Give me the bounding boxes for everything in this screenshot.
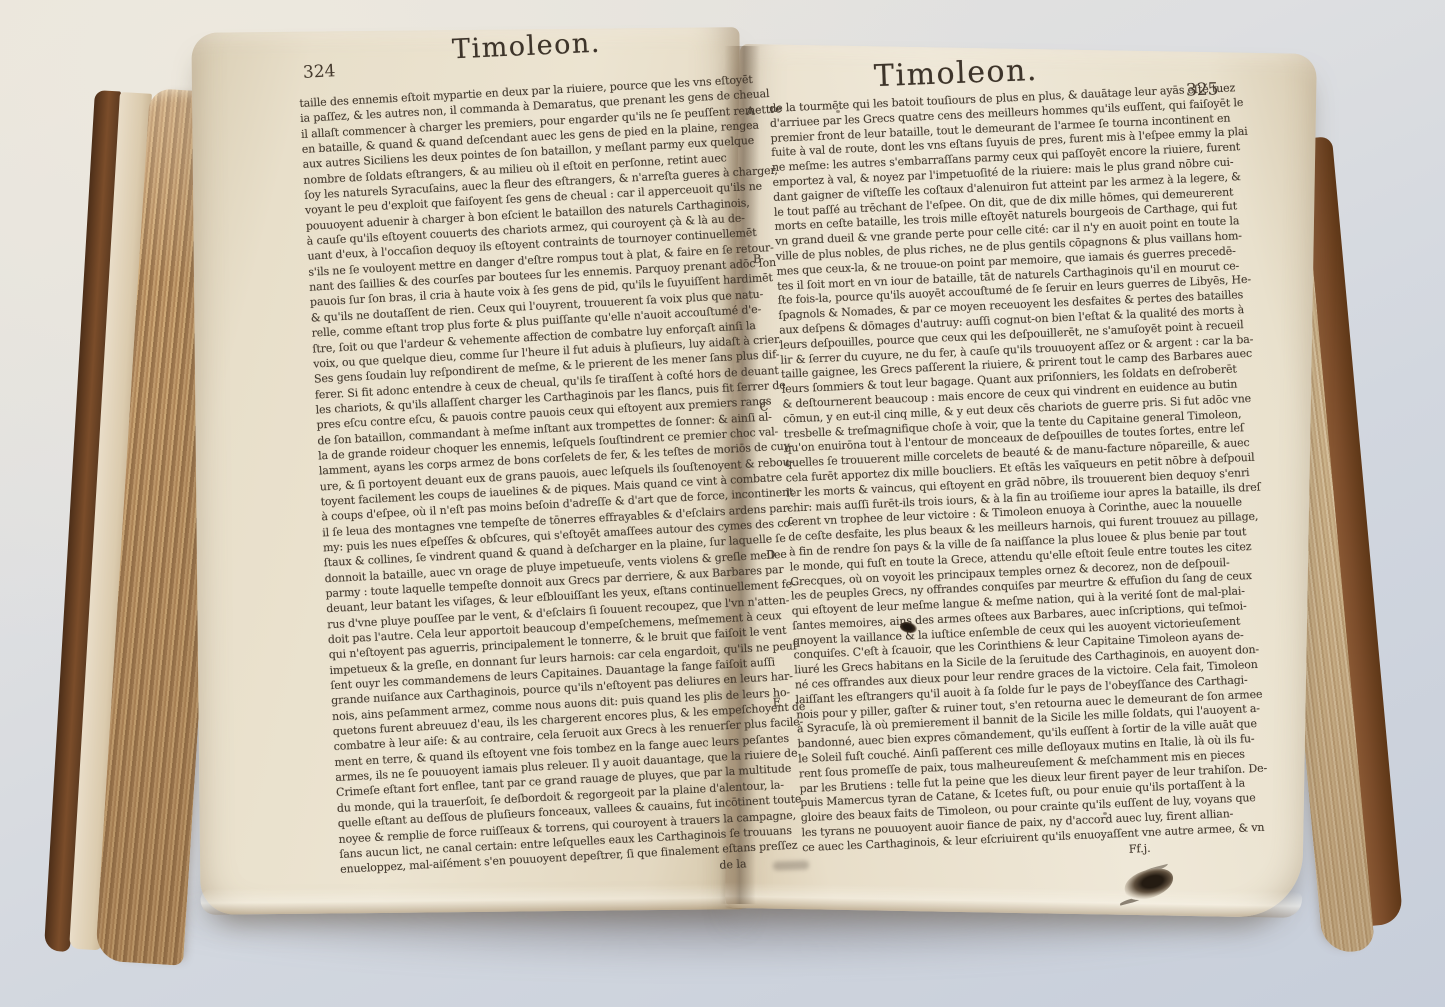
paper-speck xyxy=(1103,812,1107,815)
right-running-title: Timoleon. xyxy=(873,53,1038,94)
left-page-number: 324 xyxy=(302,61,335,83)
left-page-lines: taille des ennemis eſtoit mypartie en de… xyxy=(299,72,792,877)
paper-speck xyxy=(836,110,840,113)
faint-stamp-smudge xyxy=(773,860,809,870)
right-page-lines: de la tourmēte qui les batoit touſiours … xyxy=(769,81,1266,856)
photo-background: Timoleon. 324 taille des ennemis eſtoit … xyxy=(0,0,1445,1007)
right-page-text: ABCDE de la tourmēte qui les batoit touſ… xyxy=(769,81,1267,872)
left-page-text: taille des ennemis eſtoit mypartie en de… xyxy=(299,72,793,893)
